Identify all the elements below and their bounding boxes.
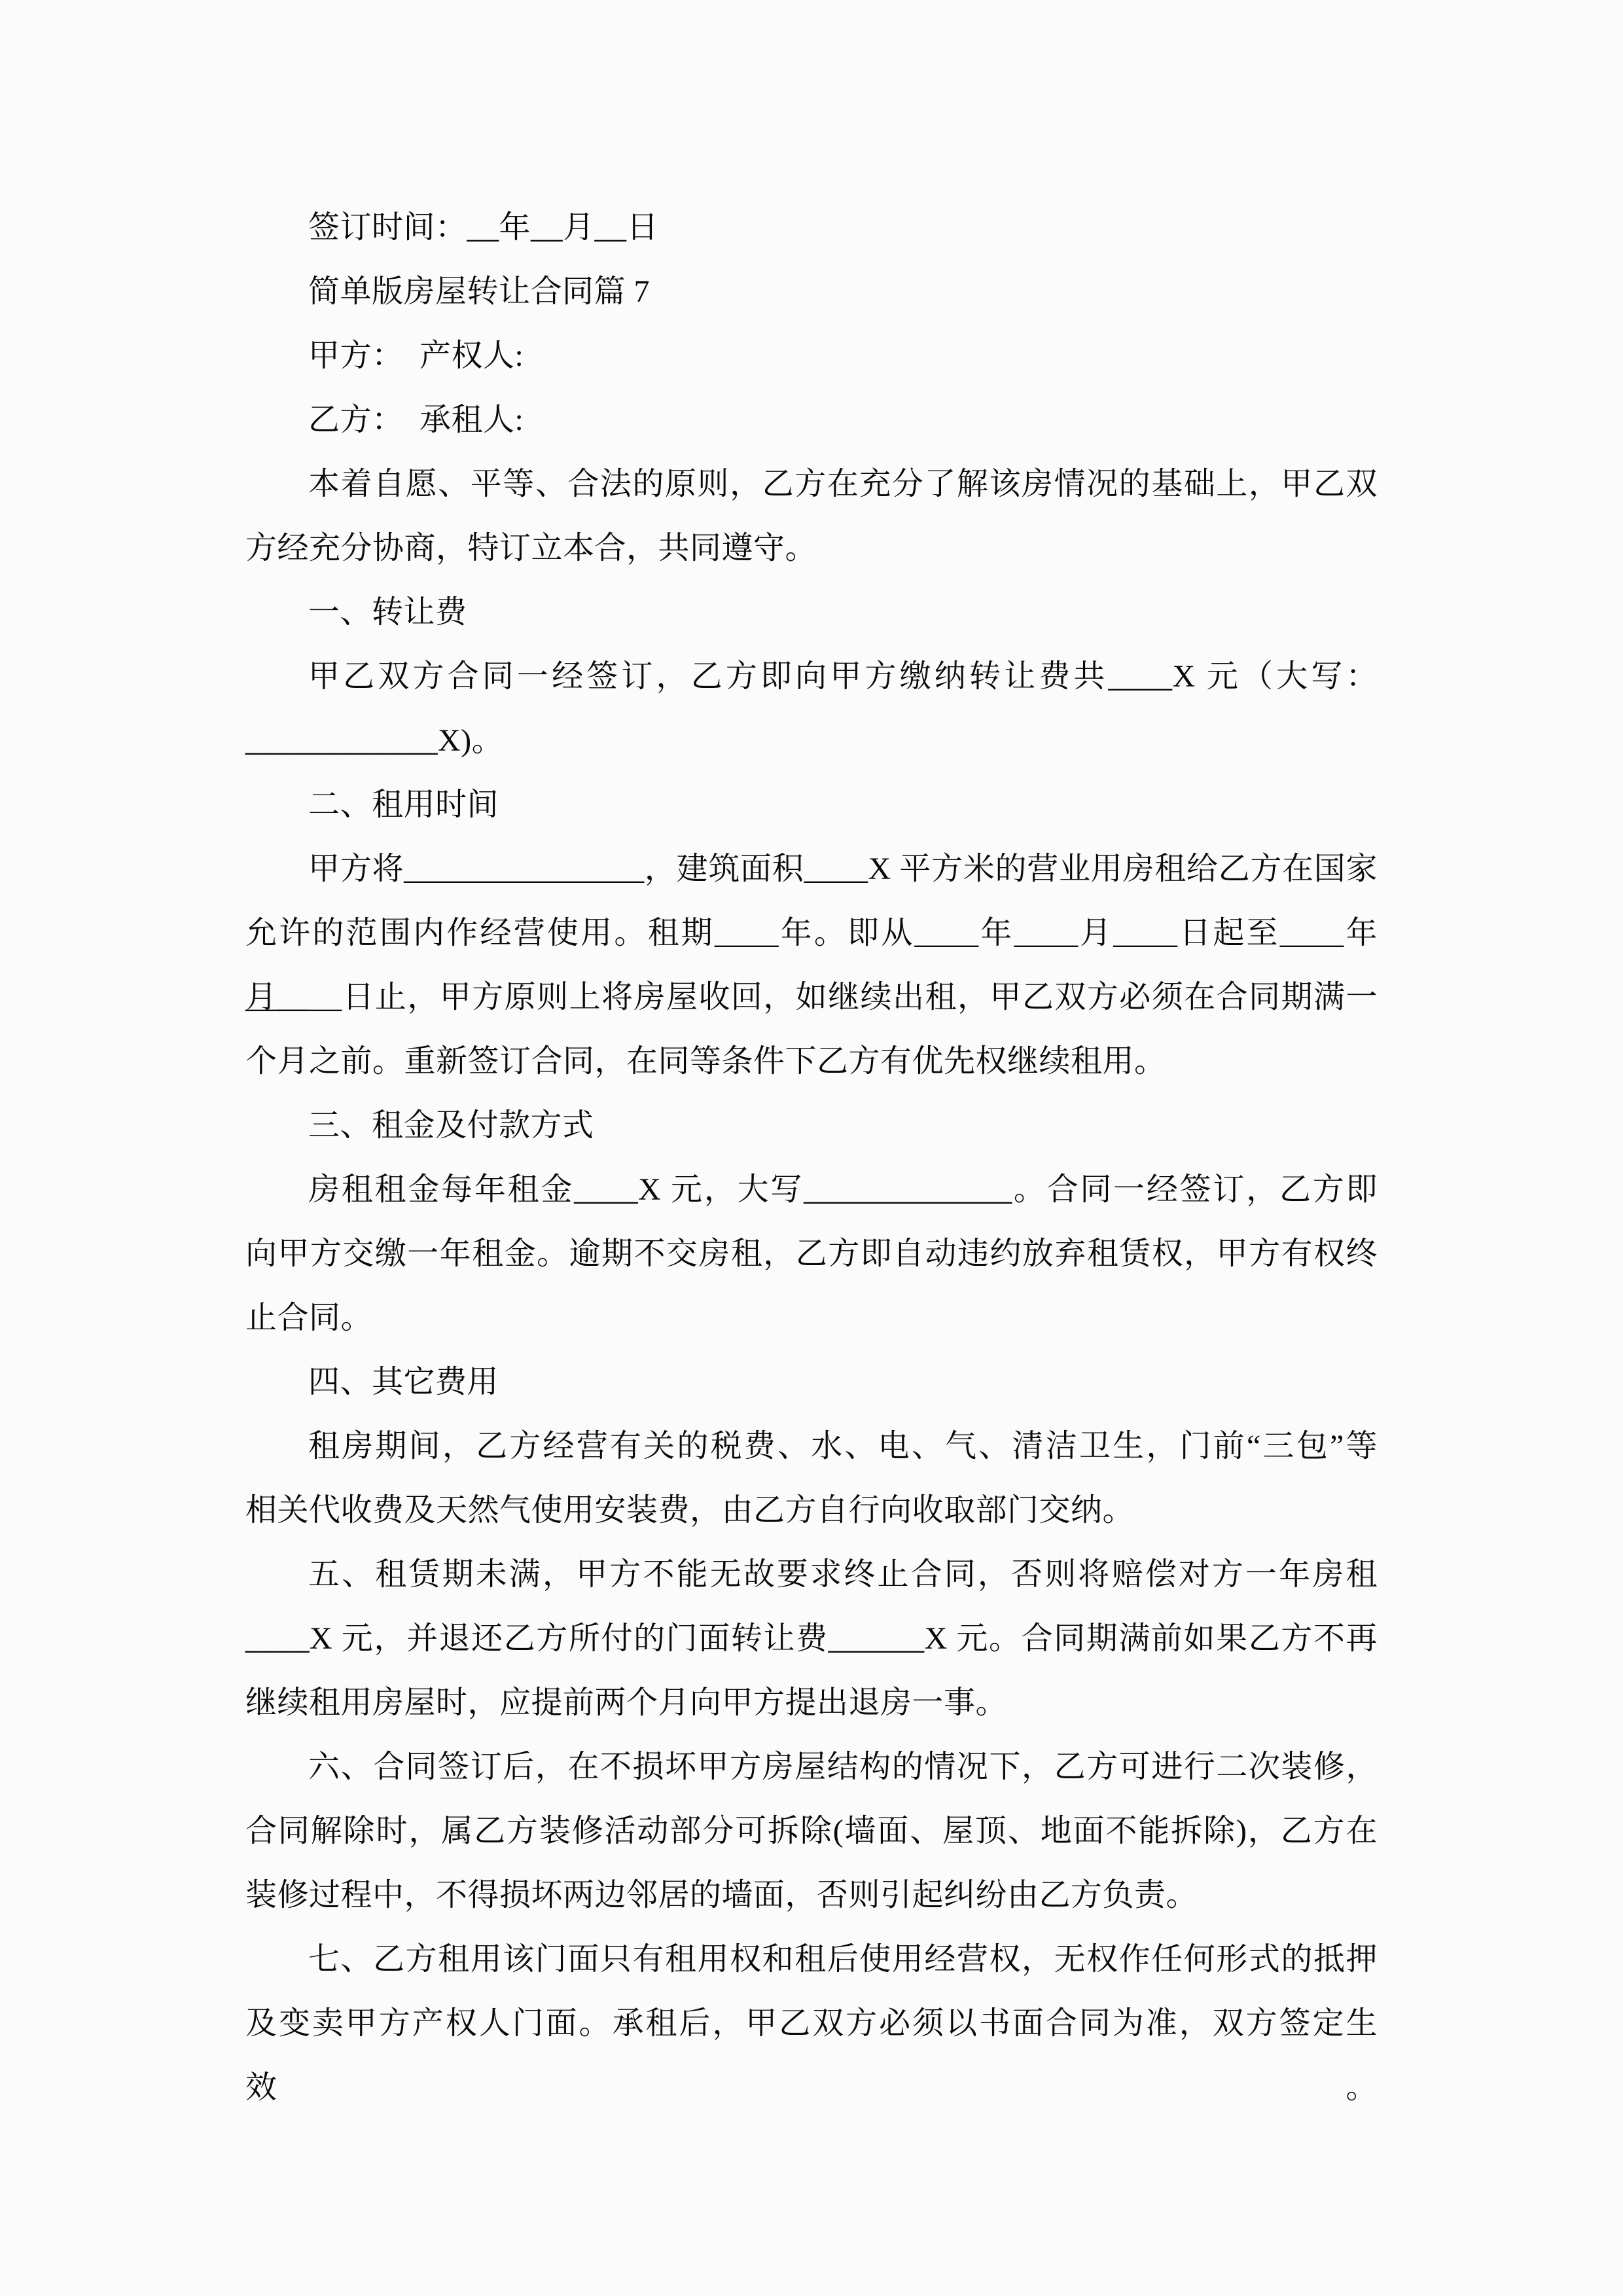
text-line: 月____日止，甲方原则上将房屋收回，如继续出租，甲乙双方必须在合同期满一 [245,965,1378,1030]
text-line: 三、租金及付款方式 [245,1094,1378,1158]
contract-document-body: 签订时间：__年__月__日简单版房屋转让合同篇 7甲方： 产权人:乙方： 承租… [245,196,1378,2056]
text-line: 六、合同签订后，在不损坏甲方房屋结构的情况下，乙方可进行二次装修， [245,1735,1378,1799]
text-line: 五、租赁期未满，甲方不能无故要求终止合同，否则将赔偿对方一年房租 [245,1543,1378,1607]
text-line: 向甲方交缴一年租金。逾期不交房租，乙方即自动违约放弃租赁权，甲方有权终 [245,1222,1378,1286]
text-line: 租房期间，乙方经营有关的税费、水、电、气、清洁卫生，门前“三包”等 [245,1414,1378,1479]
contract-page: 签订时间：__年__月__日简单版房屋转让合同篇 7甲方： 产权人:乙方： 承租… [0,0,1623,2296]
text-line: 房租租金每年租金____X 元，大写_____________。合同一经签订，乙… [245,1158,1378,1222]
text-line: 本着自愿、平等、合法的原则，乙方在充分了解该房情况的基础上，甲乙双 [245,452,1378,516]
text-line: 甲乙双方合同一经签订，乙方即向甲方缴纳转让费共____X 元（大写： [245,645,1378,709]
text-line: 简单版房屋转让合同篇 7 [245,260,1378,324]
text-line: 允许的范围内作经营使用。租期____年。即从____年____月____日起至_… [245,901,1378,965]
text-line: ____X 元，并退还乙方所付的门面转让费______X 元。合同期满前如果乙方… [245,1607,1378,1671]
text-line: 止合同。 [245,1286,1378,1350]
text-line: 及变卖甲方产权人门面。承租后，甲乙双方必须以书面合同为准，双方签定生效。 [245,1992,1378,2056]
text-line: 个月之前。重新签订合同，在同等条件下乙方有优先权继续租用。 [245,1030,1378,1094]
text-line: 甲方： 产权人: [245,324,1378,388]
text-line: 装修过程中，不得损坏两边邻居的墙面，否则引起纠纷由乙方负责。 [245,1863,1378,1928]
text-line: 继续租用房屋时，应提前两个月向甲方提出退房一事。 [245,1671,1378,1735]
text-line: 七、乙方租用该门面只有租用权和租后使用经营权，无权作任何形式的抵押 [245,1928,1378,1992]
text-line: ____________X)。 [245,709,1378,773]
text-line: 甲方将_______________，建筑面积____X 平方米的营业用房租给乙… [245,837,1378,901]
text-line: 四、其它费用 [245,1350,1378,1414]
text-line: 二、租用时间 [245,773,1378,837]
text-line: 合同解除时，属乙方装修活动部分可拆除(墙面、屋顶、地面不能拆除)，乙方在 [245,1799,1378,1863]
text-line: 签订时间：__年__月__日 [245,196,1378,260]
text-line: 方经充分协商，特订立本合，共同遵守。 [245,516,1378,581]
text-line: 一、转让费 [245,581,1378,645]
text-line: 相关代收费及天然气使用安装费，由乙方自行向收取部门交纳。 [245,1479,1378,1543]
text-line: 乙方： 承租人: [245,388,1378,452]
